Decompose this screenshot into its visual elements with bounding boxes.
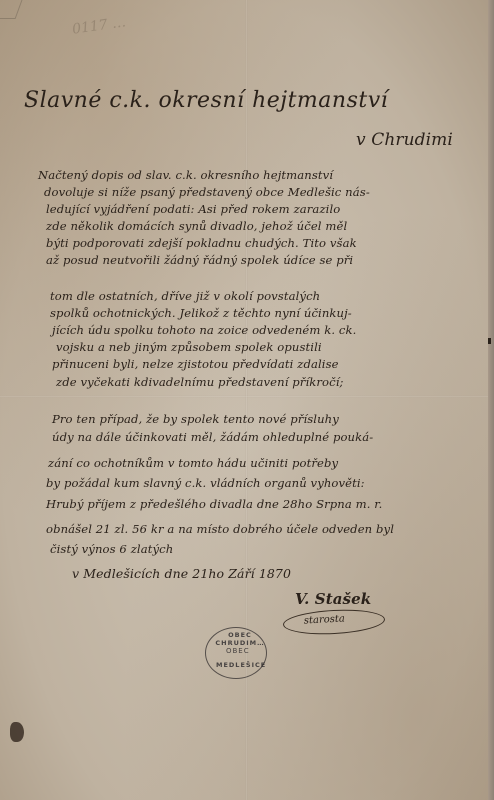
body-line: zde několik domácích synů divadlo, jehož… — [46, 219, 347, 233]
body-line: až posud neutvořili žádný řádný spolek ú… — [46, 253, 353, 267]
municipal-stamp: OBEC CHRUDIM… OBEC MEDLEŠICE — [205, 627, 267, 679]
body-line: dovoluje si níže psaný představený obce … — [44, 185, 370, 199]
body-line: údy na dále účinkovati měl, žádám ohledu… — [52, 430, 373, 444]
body-line: vojsku a neb jiným způsobem spolek opust… — [56, 340, 322, 354]
stamp-bottom-text: MEDLEŠICE — [216, 661, 266, 669]
body-line: zání co ochotníkům v tomto hádu učiniti … — [48, 456, 338, 470]
vertical-fold-crease — [245, 0, 248, 800]
stamp-middle-text: OBEC — [226, 647, 250, 655]
stamp-top-text: OBEC CHRUDIM… — [214, 631, 266, 647]
horizontal-fold-crease — [0, 395, 494, 398]
body-line: čistý výnos 6 zlatých — [50, 542, 173, 556]
signature-title-flourish: starosta — [282, 607, 385, 636]
faint-top-marks: 0117 … — [71, 14, 127, 37]
body-line: by požádal kum slavný c.k. vládních orga… — [46, 476, 365, 490]
body-line: ledující vyjádření podati: Asi před roke… — [46, 202, 340, 216]
body-line: zde vyčekati kdivadelnímu představení př… — [56, 375, 344, 389]
body-line: Pro ten případ, že by spolek tento nové … — [52, 412, 339, 426]
corner-fold-mark — [0, 0, 22, 19]
paper-right-edge — [488, 0, 494, 800]
body-line: jících údu spolku tohoto na zoice odvede… — [52, 323, 356, 337]
body-line: býti podporovati zdejší pokladnu chudých… — [46, 236, 357, 250]
body-line: tom dle ostatních, dříve již v okolí pov… — [50, 289, 320, 303]
body-line: přinuceni byli, nelze zjistotou předvída… — [52, 357, 339, 371]
ink-blot — [10, 722, 24, 742]
body-line: Načtený dopis od slav. c.k. okresního he… — [38, 168, 333, 182]
letter-page: 0117 … Slavné c.k. okresní hejtmanství v… — [0, 0, 494, 800]
body-line: Hrubý příjem z předešlého divadla dne 28… — [46, 497, 382, 511]
ink-dot — [488, 338, 491, 344]
signature-name: V. Stašek — [295, 590, 371, 608]
body-line: obnášel 21 zl. 56 kr a na místo dobrého … — [46, 522, 394, 536]
date-line: v Medlešicích dne 21ho Září 1870 — [72, 566, 291, 581]
signature-title: starosta — [304, 613, 346, 626]
salutation: Slavné c.k. okresní hejtmanství — [24, 88, 388, 113]
place-line: v Chrudimi — [356, 130, 453, 150]
body-line: spolků ochotnických. Jelikož z těchto ny… — [50, 306, 352, 320]
